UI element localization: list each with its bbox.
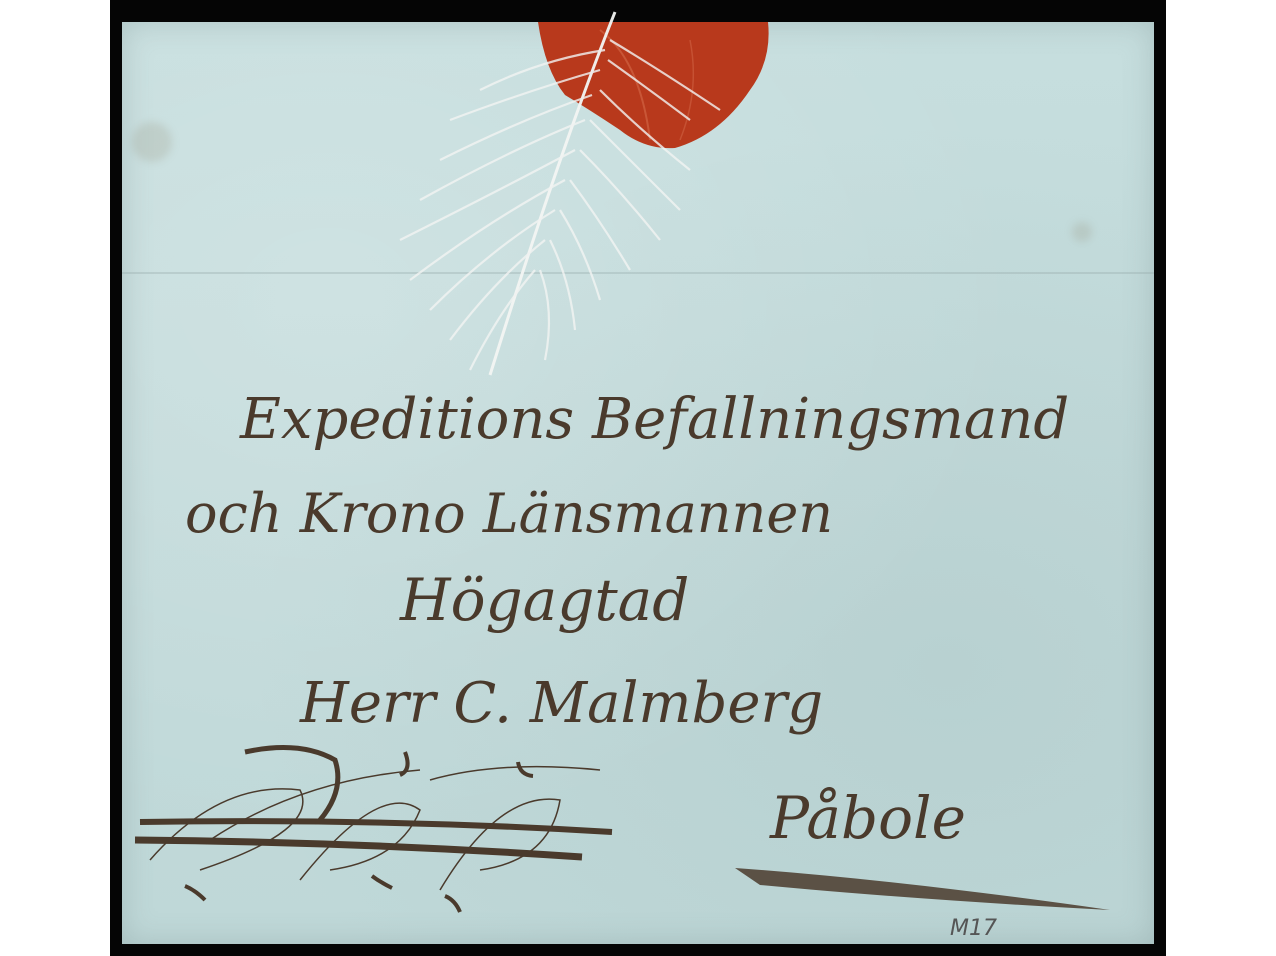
address-line-2: och Krono Länsmannen (185, 482, 833, 545)
struck-flourish (135, 748, 612, 913)
underline-stroke (735, 868, 1110, 910)
address-line-4: Herr C. Malmberg (299, 671, 823, 736)
address-line-5: Påbole (769, 784, 966, 852)
letter-artwork: Expeditions Befallningsmand och Krono Lä… (0, 0, 1276, 956)
address-line-1: Expeditions Befallningsmand (239, 387, 1069, 452)
address-line-3: Högagtad (399, 566, 689, 634)
address-block: Expeditions Befallningsmand och Krono Lä… (185, 387, 1069, 852)
pencil-note: M17 (950, 916, 997, 941)
